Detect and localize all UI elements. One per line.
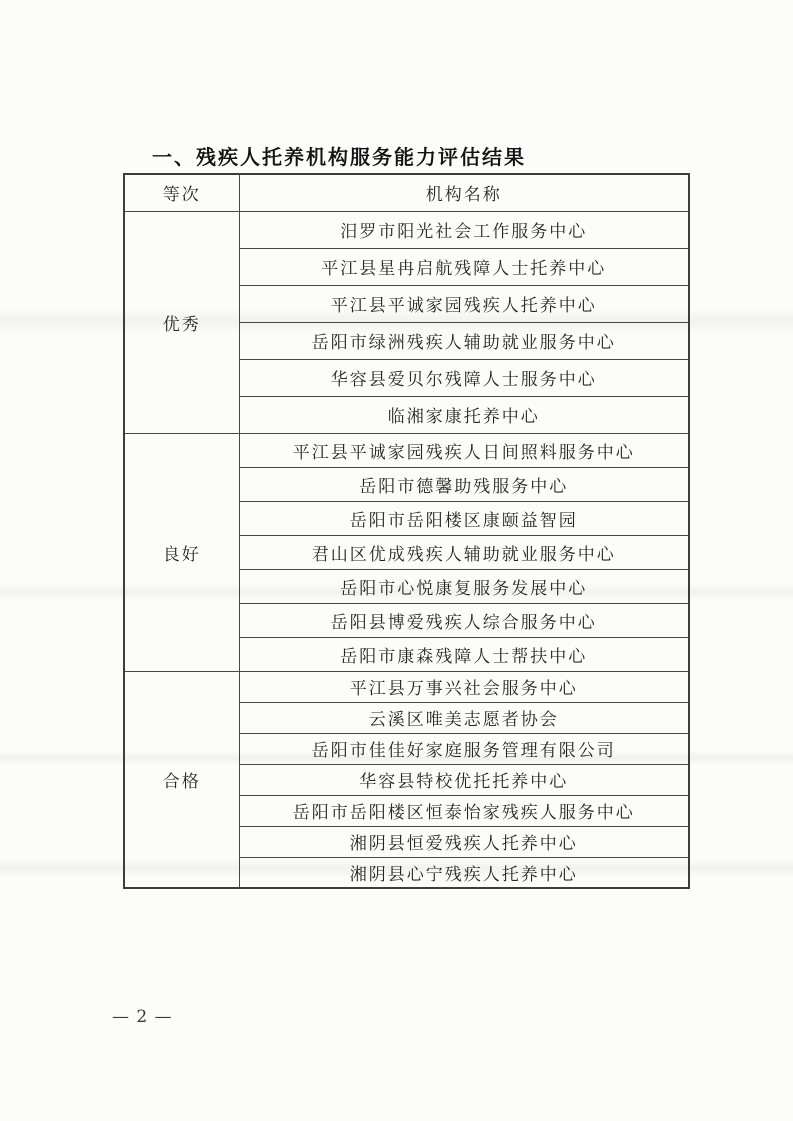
institution-name: 平江县万事兴社会服务中心 bbox=[239, 671, 689, 702]
header-cell-grade: 等次 bbox=[124, 174, 239, 211]
institution-name: 岳阳市佳佳好家庭服务管理有限公司 bbox=[239, 733, 689, 764]
institution-name: 临湘家康托养中心 bbox=[239, 396, 689, 433]
header-row: 等次 机构名称 bbox=[124, 174, 689, 211]
institution-name: 岳阳市德馨助残服务中心 bbox=[239, 467, 689, 501]
institution-name: 岳阳市岳阳楼区康颐益智园 bbox=[239, 501, 689, 535]
table-body: 优秀汨罗市阳光社会工作服务中心平江县星冉启航残障人士托养中心平江县平诚家园残疾人… bbox=[124, 211, 689, 888]
table-row: 优秀汨罗市阳光社会工作服务中心 bbox=[124, 211, 689, 248]
grade-cell: 优秀 bbox=[124, 211, 239, 433]
grade-cell: 合格 bbox=[124, 671, 239, 888]
institution-name: 平江县星冉启航残障人士托养中心 bbox=[239, 248, 689, 285]
institution-name: 平江县平诚家园残疾人托养中心 bbox=[239, 285, 689, 322]
institution-name: 岳阳市岳阳楼区恒泰怡家残疾人服务中心 bbox=[239, 795, 689, 826]
institution-name: 岳阳市心悦康复服务发展中心 bbox=[239, 569, 689, 603]
table-header: 等次 机构名称 bbox=[124, 174, 689, 211]
institution-name: 岳阳县博爱残疾人综合服务中心 bbox=[239, 603, 689, 637]
page-number: — 2 — bbox=[112, 1007, 173, 1027]
institution-name: 华容县爱贝尔残障人士服务中心 bbox=[239, 359, 689, 396]
institution-name: 湘阴县心宁残疾人托养中心 bbox=[239, 857, 689, 888]
evaluation-table: 等次 机构名称 优秀汨罗市阳光社会工作服务中心平江县星冉启航残障人士托养中心平江… bbox=[123, 173, 690, 889]
institution-name: 云溪区唯美志愿者协会 bbox=[239, 702, 689, 733]
section-title: 一、残疾人托养机构服务能力评估结果 bbox=[152, 141, 526, 170]
institution-name: 岳阳市绿洲残疾人辅助就业服务中心 bbox=[239, 322, 689, 359]
document-page: 一、残疾人托养机构服务能力评估结果 等次 机构名称 优秀汨罗市阳光社会工作服务中… bbox=[0, 0, 793, 1121]
grade-cell: 良好 bbox=[124, 433, 239, 671]
institution-name: 华容县特校优托托养中心 bbox=[239, 764, 689, 795]
institution-name: 湘阴县恒爱残疾人托养中心 bbox=[239, 826, 689, 857]
institution-name: 君山区优成残疾人辅助就业服务中心 bbox=[239, 535, 689, 569]
table-row: 良好平江县平诚家园残疾人日间照料服务中心 bbox=[124, 433, 689, 467]
institution-name: 汨罗市阳光社会工作服务中心 bbox=[239, 211, 689, 248]
table-row: 合格平江县万事兴社会服务中心 bbox=[124, 671, 689, 702]
header-cell-institution: 机构名称 bbox=[239, 174, 689, 211]
institution-name: 平江县平诚家园残疾人日间照料服务中心 bbox=[239, 433, 689, 467]
institution-name: 岳阳市康森残障人士帮扶中心 bbox=[239, 637, 689, 671]
